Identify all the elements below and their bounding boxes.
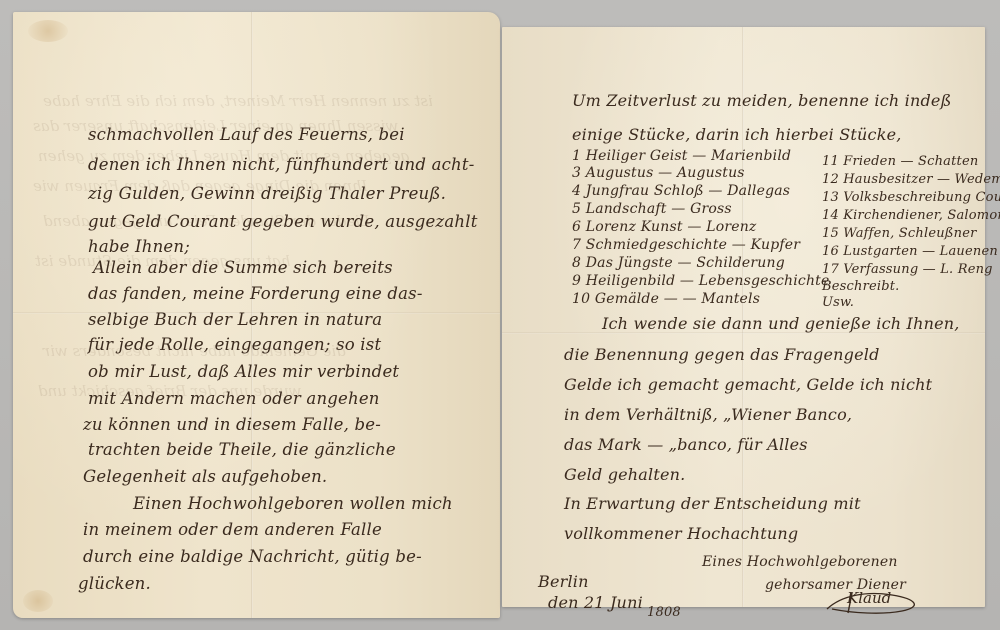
text-line: ob mir Lust, daß Alles mir verbindet	[88, 362, 399, 381]
text-line: in meinem oder dem anderen Falle	[83, 520, 382, 539]
list-item: 1 Heiliger Geist — Marienbild	[572, 148, 791, 164]
text-line: für jede Rolle, eingegangen; so ist	[88, 335, 381, 354]
text-line: einige Stücke, darin ich hierbei Stücke,	[572, 125, 902, 144]
date: den 21 Juni	[548, 593, 643, 612]
text-line: die Benennung gegen das Fragengeld	[564, 345, 880, 364]
list-item: 3 Augustus — Augustus	[572, 165, 745, 181]
text-line: trachten beide Theile, die gänzliche	[88, 440, 396, 459]
list-item: 5 Landschaft — Gross	[572, 201, 732, 217]
list-item: 4 Jungfrau Schloß — Dallegas	[572, 183, 790, 199]
stain	[28, 20, 68, 42]
text-line: das fanden, meine Forderung eine das-	[88, 284, 423, 303]
text-line: selbige Buch der Lehren in natura	[88, 310, 382, 329]
list-item: 12 Hausbesitzer — Wedemeyer	[822, 172, 1000, 187]
text-line: habe Ihnen;	[88, 237, 190, 256]
list-item: Usw.	[822, 295, 854, 310]
list-item: 8 Das Jüngste — Schilderung	[572, 255, 785, 271]
text-line: Ich wende sie dann und genieße ich Ihnen…	[602, 314, 960, 333]
text-line: gut Geld Courant gegeben wurde, ausgezah…	[88, 212, 478, 231]
text-line: denen ich Ihnen nicht, fünfhundert und a…	[88, 155, 475, 174]
photo-background: ist zu nennen Herr Meinert, dem ich die …	[0, 0, 1000, 630]
text-line: Allein aber die Summe sich bereits	[93, 258, 393, 277]
list-item: 14 Kirchendiener, Salomon	[822, 208, 1000, 223]
text-line: vollkommener Hochachtung	[564, 524, 798, 543]
text-line: In Erwartung der Entscheidung mit	[564, 494, 861, 513]
stain	[23, 590, 53, 612]
text-line: Um Zeitverlust zu meiden, benenne ich in…	[572, 91, 951, 110]
right-page: Um Zeitverlust zu meiden, benenne ich in…	[502, 27, 985, 607]
list-item: Beschreibt.	[822, 279, 900, 294]
closing-line: Eines Hochwohlgeborenen	[702, 554, 898, 570]
list-item: 9 Heiligenbild — Lebensgeschichte	[572, 273, 830, 289]
text-line: Geld gehalten.	[564, 465, 685, 484]
year: 1808	[647, 605, 681, 620]
list-item: 6 Lorenz Kunst — Lorenz	[572, 219, 757, 235]
list-item: 11 Frieden — Schatten	[822, 154, 978, 169]
text-line: Gelde ich gemacht gemacht, Gelde ich nic…	[564, 375, 932, 394]
list-item: 13 Volksbeschreibung Courland	[822, 190, 1000, 205]
list-item: 17 Verfassung — L. Reng	[822, 262, 993, 277]
text-line: zig Gulden, Gewinn dreißig Thaler Preuß.	[88, 184, 446, 203]
text-line: mit Andern machen oder angehen	[88, 389, 380, 408]
place: Berlin	[538, 572, 589, 591]
bleed-through: ist zu nennen Herr Meinert, dem ich die …	[43, 92, 433, 110]
text-line: durch eine baldige Nachricht, gütig be-	[83, 547, 422, 566]
list-item: 10 Gemälde — — Mantels	[572, 291, 760, 307]
text-line: das Mark — „banco, für Alles	[564, 435, 808, 454]
text-line: zu können und in diesem Falle, be-	[83, 415, 381, 434]
text-line: schmachvollen Lauf des Feuerns, bei	[88, 125, 405, 144]
list-item: 7 Schmiedgeschichte — Kupfer	[572, 237, 800, 253]
signature: Klaud	[847, 589, 891, 607]
text-line: in dem Verhältniß, „Wiener Banco,	[564, 405, 852, 424]
list-item: 16 Lustgarten — Lauenen	[822, 244, 998, 259]
text-line: glücken.	[78, 574, 151, 593]
text-line: Einen Hochwohlgeboren wollen mich	[133, 494, 453, 513]
text-line: Gelegenheit als aufgehoben.	[83, 467, 327, 486]
left-page: ist zu nennen Herr Meinert, dem ich die …	[13, 12, 500, 618]
list-item: 15 Waffen, Schleußner	[822, 226, 977, 241]
